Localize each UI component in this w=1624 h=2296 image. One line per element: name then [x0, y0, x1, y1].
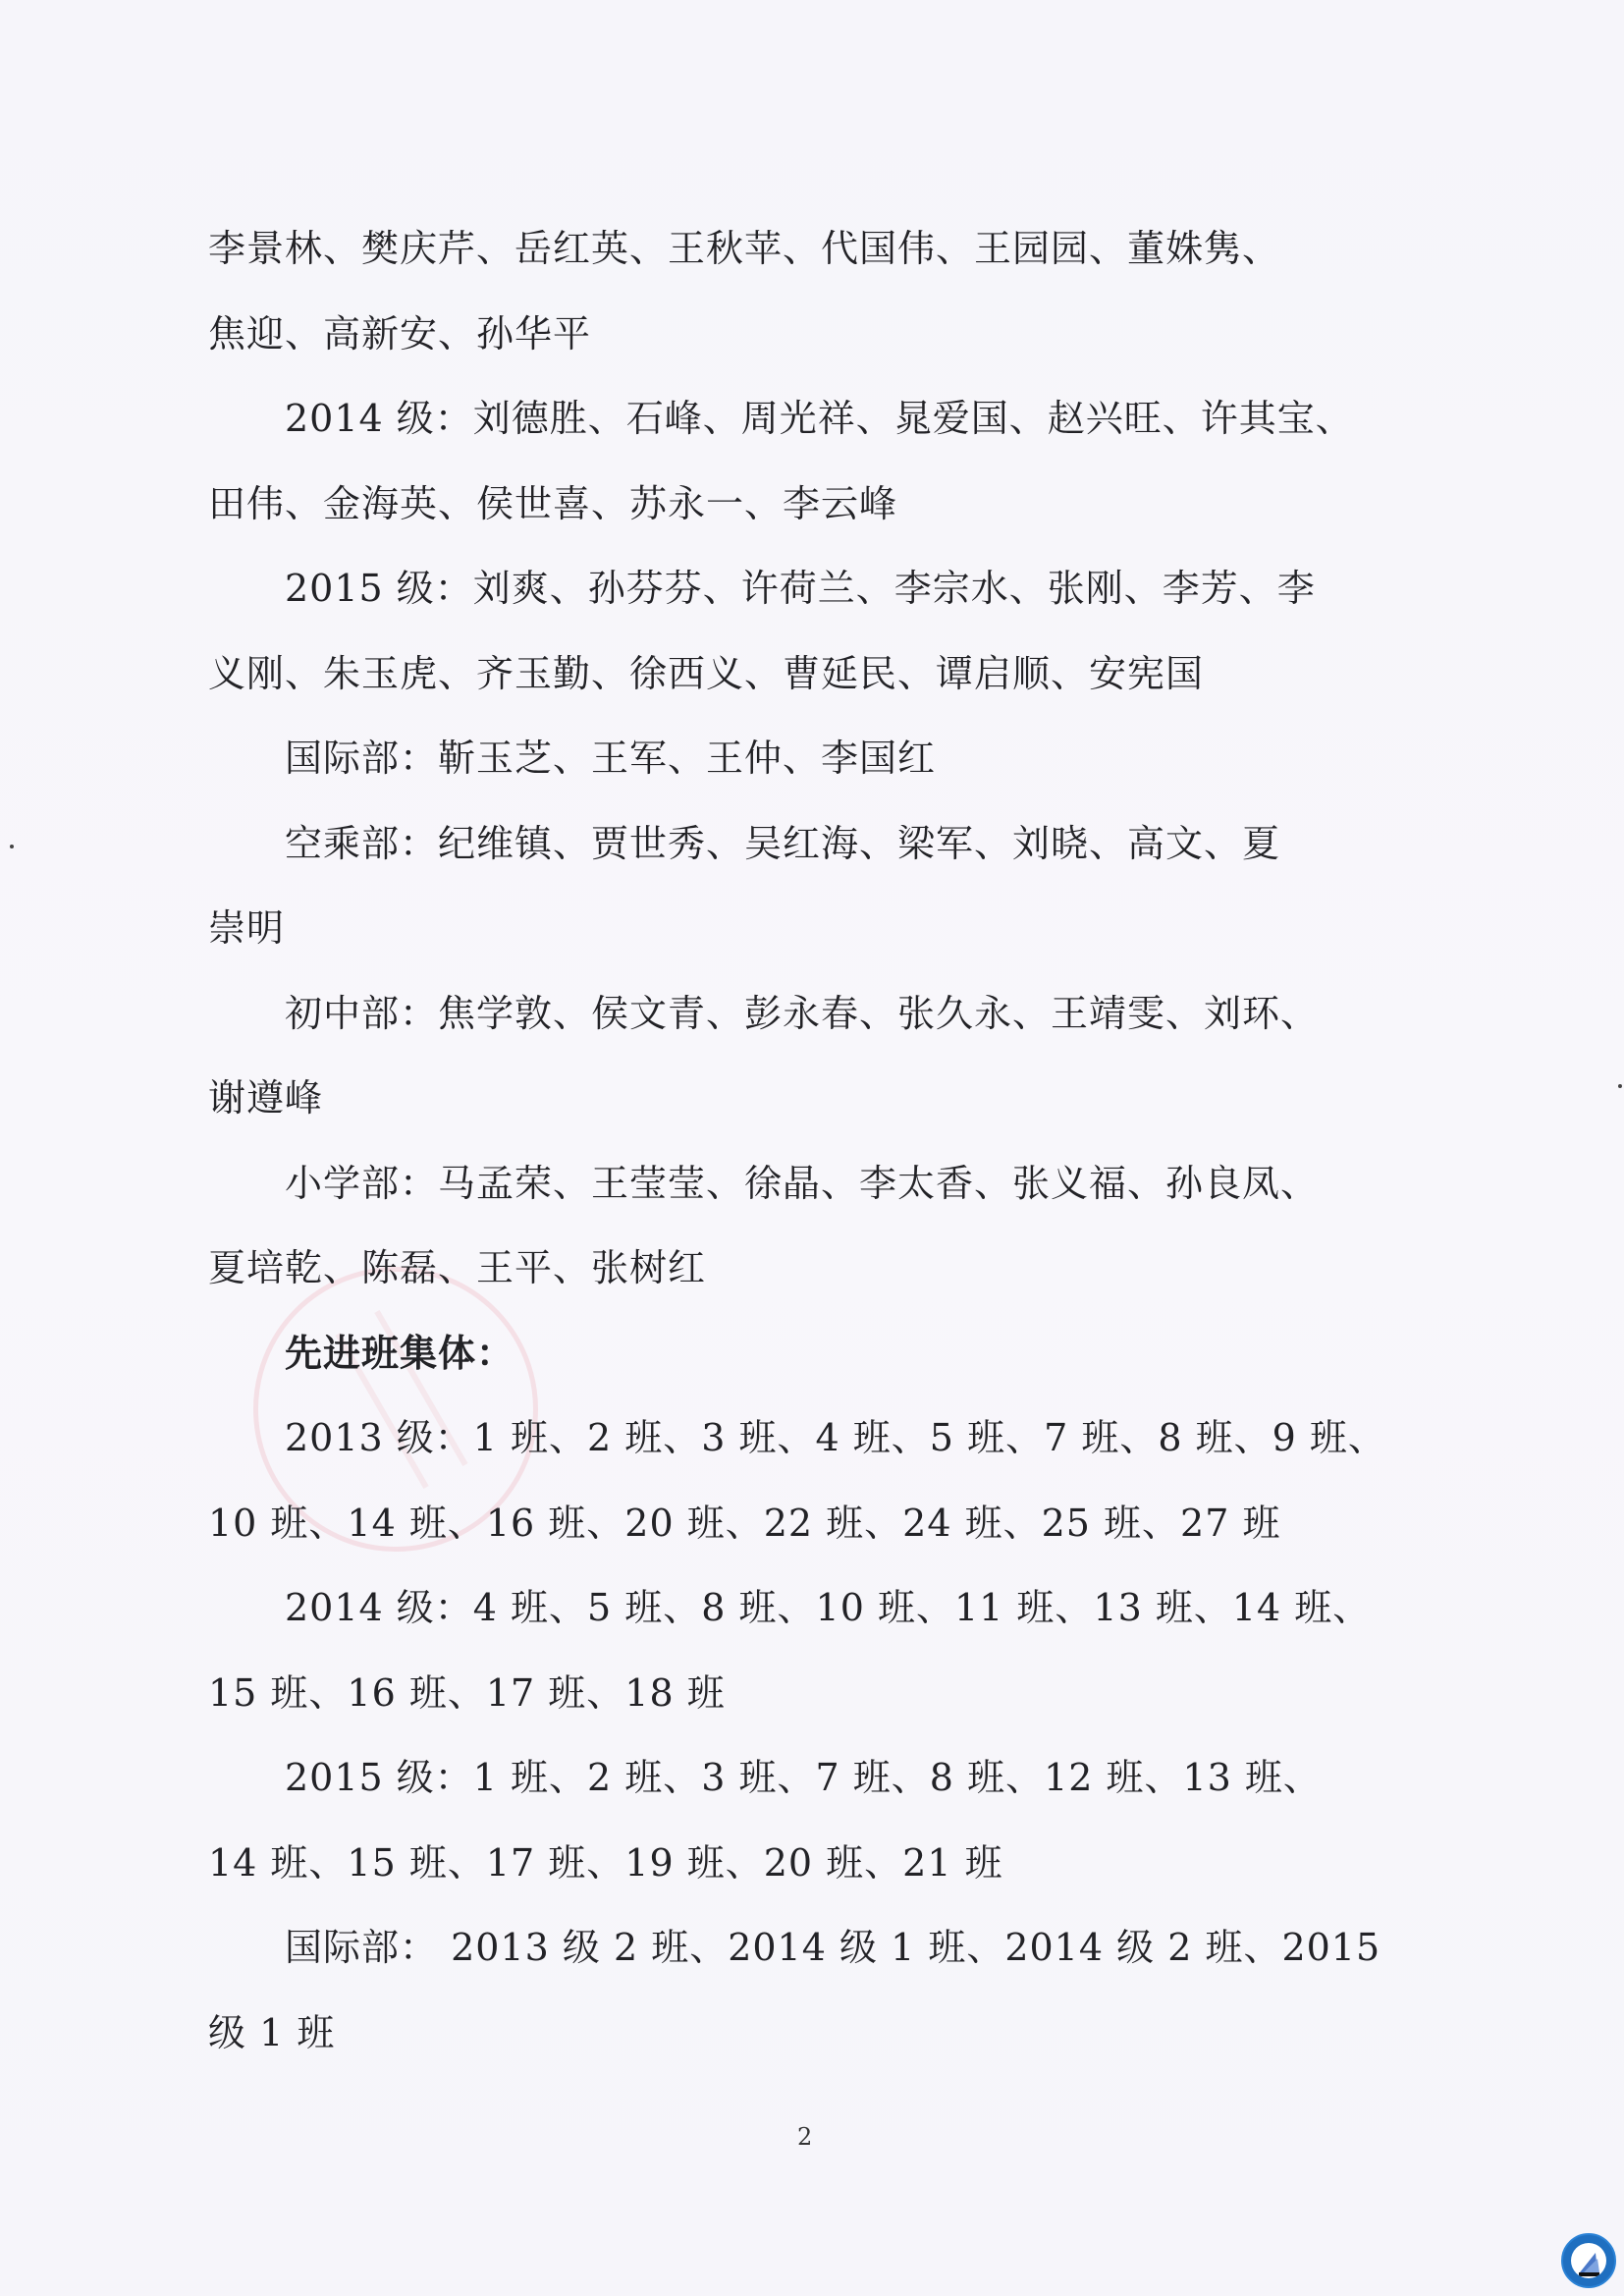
class-line: 10 班、14 班、16 班、20 班、22 班、24 班、25 班、27 班 — [208, 1481, 1416, 1566]
text-line: 李景林、樊庆芹、岳红英、王秋苹、代国伟、王园园、董姝隽、 — [208, 206, 1416, 292]
text-line: 崇明 — [208, 886, 1416, 971]
mountain-sail-icon — [1574, 2249, 1603, 2278]
class-line-grade-2015: 2015 级：1 班、2 班、3 班、7 班、8 班、12 班、13 班、 — [208, 1735, 1416, 1821]
class-line-international-dept: 国际部： 2013 级 2 班、2014 级 1 班、2014 级 2 班、20… — [208, 1905, 1416, 1991]
text-line-flight-attendant-dept: 空乘部：纪维镇、贾世秀、吴红海、梁军、刘晓、高文、夏 — [208, 801, 1416, 887]
text-line-junior-high-dept: 初中部：焦学敦、侯文青、彭永春、张久永、王靖雯、刘环、 — [208, 971, 1416, 1057]
school-emblem-icon — [1561, 2233, 1616, 2288]
text-line-grade-2015: 2015 级：刘爽、孙芬芬、许荷兰、李宗水、张刚、李芳、李 — [208, 546, 1416, 631]
section-heading-advanced-classes: 先进班集体： — [208, 1311, 1416, 1396]
document-body: 李景林、樊庆芹、岳红英、王秋苹、代国伟、王园园、董姝隽、 焦迎、高新安、孙华平 … — [208, 206, 1416, 2075]
class-line-grade-2014: 2014 级：4 班、5 班、8 班、10 班、11 班、13 班、14 班、 — [208, 1565, 1416, 1651]
class-line: 15 班、16 班、17 班、18 班 — [208, 1651, 1416, 1736]
text-line: 焦迎、高新安、孙华平 — [208, 292, 1416, 377]
class-line: 级 1 班 — [208, 1991, 1416, 2076]
text-line: 田伟、金海英、侯世喜、苏永一、李云峰 — [208, 462, 1416, 547]
page-number: 2 — [797, 2123, 812, 2151]
text-line-grade-2014: 2014 级：刘德胜、石峰、周光祥、晁爱国、赵兴旺、许其宝、 — [208, 376, 1416, 462]
emblem-center — [1571, 2243, 1606, 2278]
document-page: 李景林、樊庆芹、岳红英、王秋苹、代国伟、王园园、董姝隽、 焦迎、高新安、孙华平 … — [0, 0, 1624, 2296]
class-line-grade-2013: 2013 级：1 班、2 班、3 班、4 班、5 班、7 班、8 班、9 班、 — [208, 1395, 1416, 1481]
scan-speck — [10, 845, 14, 848]
text-line-primary-dept: 小学部：马孟荣、王莹莹、徐晶、李太香、张义福、孙良凤、 — [208, 1141, 1416, 1227]
text-line: 谢遵峰 — [208, 1056, 1416, 1141]
scan-speck — [1618, 1084, 1622, 1088]
text-line: 夏培乾、陈磊、王平、张树红 — [208, 1226, 1416, 1311]
class-line: 14 班、15 班、17 班、19 班、20 班、21 班 — [208, 1821, 1416, 1906]
text-line-international-dept: 国际部：靳玉芝、王军、王仲、李国红 — [208, 716, 1416, 801]
text-line: 义刚、朱玉虎、齐玉勤、徐西义、曹延民、谭启顺、安宪国 — [208, 631, 1416, 717]
